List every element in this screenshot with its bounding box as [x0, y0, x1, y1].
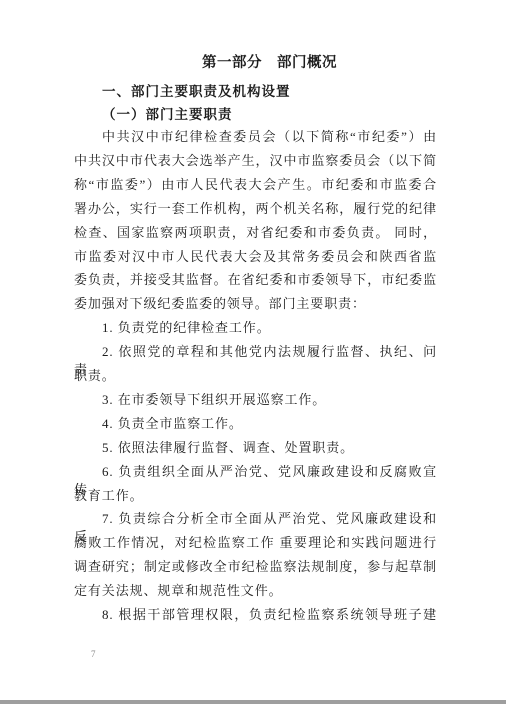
body-line: 腐败工作情况，对纪检监察工作 重要理论和实践问题进行 — [74, 534, 437, 552]
body-line: 署办公，实行一套工作机构，两个机关名称，履行党的纪律 — [74, 200, 437, 218]
body-line: 定有关法规、规章和规范性文件。 — [74, 582, 437, 600]
page-bottom-edge — [0, 700, 506, 704]
body-line: 称“市监委”）由市人民代表大会产生。市纪委和市监委合 — [74, 176, 437, 194]
body-line: 教育工作。 — [74, 487, 437, 505]
body-line: 5. 依照法律履行监督、调查、处置职责。 — [74, 439, 437, 457]
body-line: 中共汉中市纪律检查委员会（以下简称“市纪委”）由 — [74, 128, 437, 146]
body-line: 职责。 — [74, 367, 437, 385]
body-line: 委加强对下级纪委监委的领导。部门主要职责： — [74, 295, 437, 313]
body-line: 3. 在市委领导下组织开展巡察工作。 — [74, 391, 437, 409]
body-line: 检查、国家监察两项职责，对省纪委和市委负责。 同时， — [74, 224, 437, 242]
body-line: 4. 负责全市监察工作。 — [74, 415, 437, 433]
body-line: 委负责，并接受其监督。在省纪委和市委领导下，市纪委监 — [74, 271, 437, 289]
body-line: 中共汉中市代表大会选举产生，汉中市监察委员会（以下简 — [74, 152, 437, 170]
body-line: 调查研究；制定或修改全市纪检监察法规制度，参与起草制 — [74, 558, 437, 576]
body-line: 8. 根据干部管理权限，负责纪检监察系统领导班子建 — [74, 606, 437, 624]
document-page: 第一部分 部门概况 一、部门主要职责及机构设置 （一）部门主要职责 中共汉中市纪… — [0, 0, 506, 708]
body-line: 1. 负责党的纪律检查工作。 — [74, 319, 437, 337]
page-number: 7 — [91, 649, 96, 659]
body-line: 市监委对汉中市人民代表大会及其常务委员会和陕西省监 — [74, 248, 437, 266]
document-body: 中共汉中市纪律检查委员会（以下简称“市纪委”）由中共汉中市代表大会选举产生，汉中… — [0, 0, 506, 708]
